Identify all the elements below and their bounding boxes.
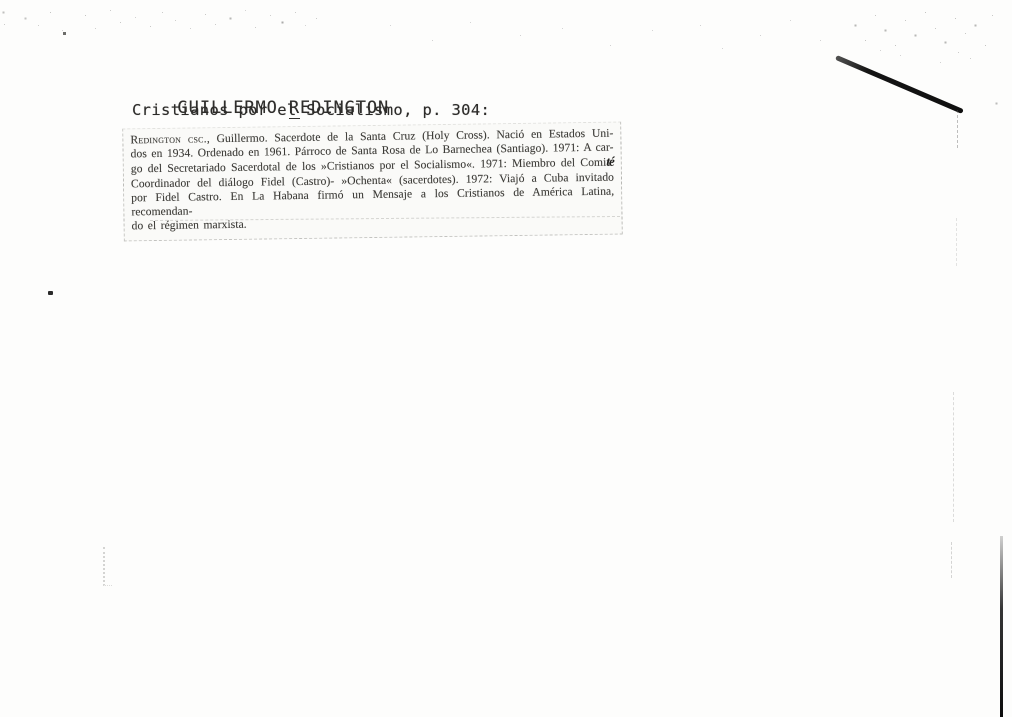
scan-edge-dark-line <box>1000 536 1003 717</box>
page-subtitle-book-reference: Cristianos por el Socialismo, p. 304: <box>132 101 490 119</box>
pen-stroke-diagonal-mark <box>835 55 964 114</box>
scanned-document-page: GUILLERMO REDINGTON Cristianos por el So… <box>0 0 1012 717</box>
scan-artifact-vertical-line <box>951 542 952 578</box>
pasted-press-clipping: Redington csc., Guillermo. Sacerdote de … <box>122 122 623 242</box>
scan-noise-speckles <box>0 0 1 1</box>
scan-artifact-vertical-line <box>953 392 954 522</box>
ink-dot-artifact <box>48 291 53 295</box>
clipping-lead-name: Redington csc., <box>130 132 210 146</box>
faint-smudge-mark <box>103 547 112 586</box>
scan-artifact-vertical-line <box>957 110 958 148</box>
scan-artifact-vertical-line <box>956 218 957 266</box>
handwritten-correction: té <box>606 154 614 169</box>
